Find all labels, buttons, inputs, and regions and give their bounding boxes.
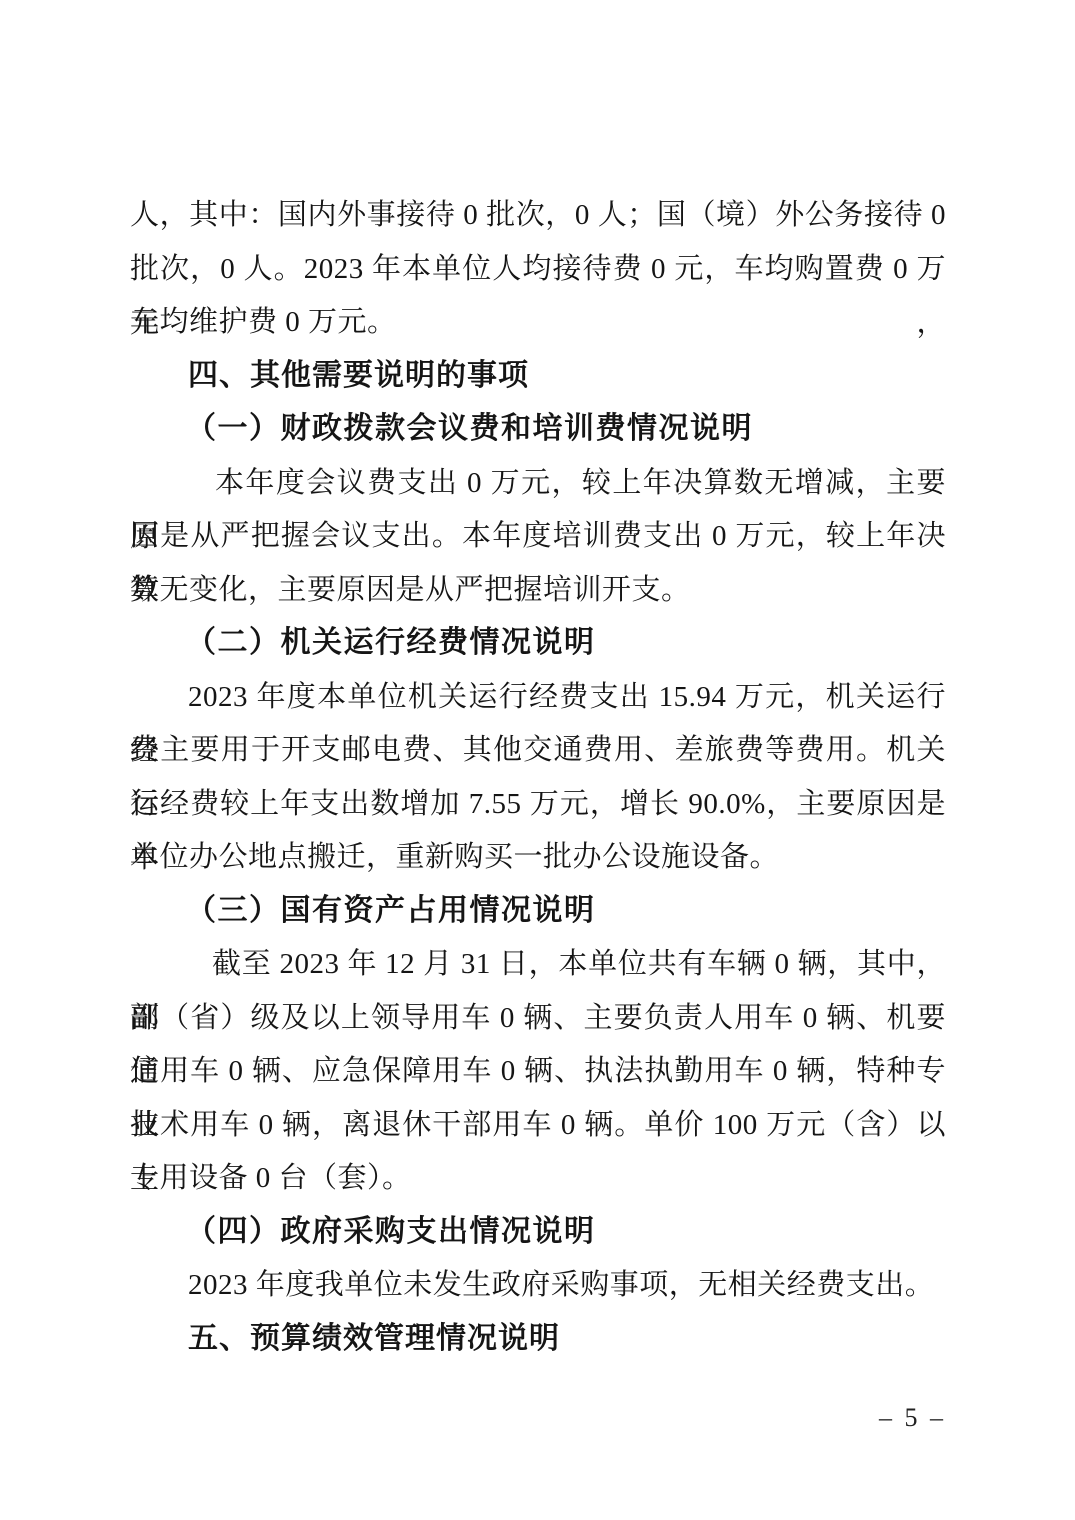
subsection-heading-4: （四）政府采购支出情况说明: [130, 1205, 946, 1259]
body-line-12: 行经费较上年支出数增加 7.55 万元，增长 90.0%，主要原因是本: [130, 777, 946, 831]
body-line-13: 单位办公地点搬迁，重新购买一批办公设施设备。: [130, 830, 946, 884]
body-line-17: 信用车 0 辆、应急保障用车 0 辆、执法执勤用车 0 辆，特种专业: [130, 1044, 946, 1098]
body-line-10: 2023 年度本单位机关运行经费支出 15.94 万元，机关运行经: [130, 670, 946, 724]
body-line-01: 人，其中：国内外事接待 0 批次，0 人；国（境）外公务接待 0: [130, 188, 946, 242]
body-line-18: 技术用车 0 辆，离退休干部用车 0 辆。单价 100 万元（含）以上: [130, 1098, 946, 1152]
body-line-02: 批次，0 人。2023 年本单位人均接待费 0 元，车均购置费 0 万元，: [130, 242, 946, 296]
body-line-16: 部（省）级及以上领导用车 0 辆、主要负责人用车 0 辆、机要通: [130, 991, 946, 1045]
page-text-area: 人，其中：国内外事接待 0 批次，0 人；国（境）外公务接待 0 批次，0 人。…: [0, 0, 1075, 1520]
body-line-07: 因是从严把握会议支出。本年度培训费支出 0 万元，较上年决算: [130, 509, 946, 563]
body-line-06: 本年度会议费支出 0 万元，较上年决算数无增减，主要原: [130, 456, 946, 510]
subsection-heading-1: （一）财政拨款会议费和培训费情况说明: [130, 402, 946, 456]
document-page: 人，其中：国内外事接待 0 批次，0 人；国（境）外公务接待 0 批次，0 人。…: [0, 0, 1075, 1520]
subsection-heading-2: （二）机关运行经费情况说明: [130, 616, 946, 670]
section-heading-4: 四、其他需要说明的事项: [130, 349, 946, 403]
body-line-03: 车均维护费 0 万元。: [130, 295, 946, 349]
page-number: – 5 –: [130, 1398, 946, 1438]
section-heading-5: 五、预算绩效管理情况说明: [130, 1312, 946, 1366]
body-line-21: 2023 年度我单位未发生政府采购事项，无相关经费支出。: [130, 1258, 946, 1312]
subsection-heading-3: （三）国有资产占用情况说明: [130, 884, 946, 938]
body-line-08: 数无变化，主要原因是从严把握培训开支。: [130, 563, 946, 617]
body-line-19: 专用设备 0 台（套）。: [130, 1151, 946, 1205]
body-line-15: 截至 2023 年 12 月 31 日，本单位共有车辆 0 辆，其中，副: [130, 937, 946, 991]
body-line-11: 费主要用于开支邮电费、其他交通费用、差旅费等费用。机关运: [130, 723, 946, 777]
